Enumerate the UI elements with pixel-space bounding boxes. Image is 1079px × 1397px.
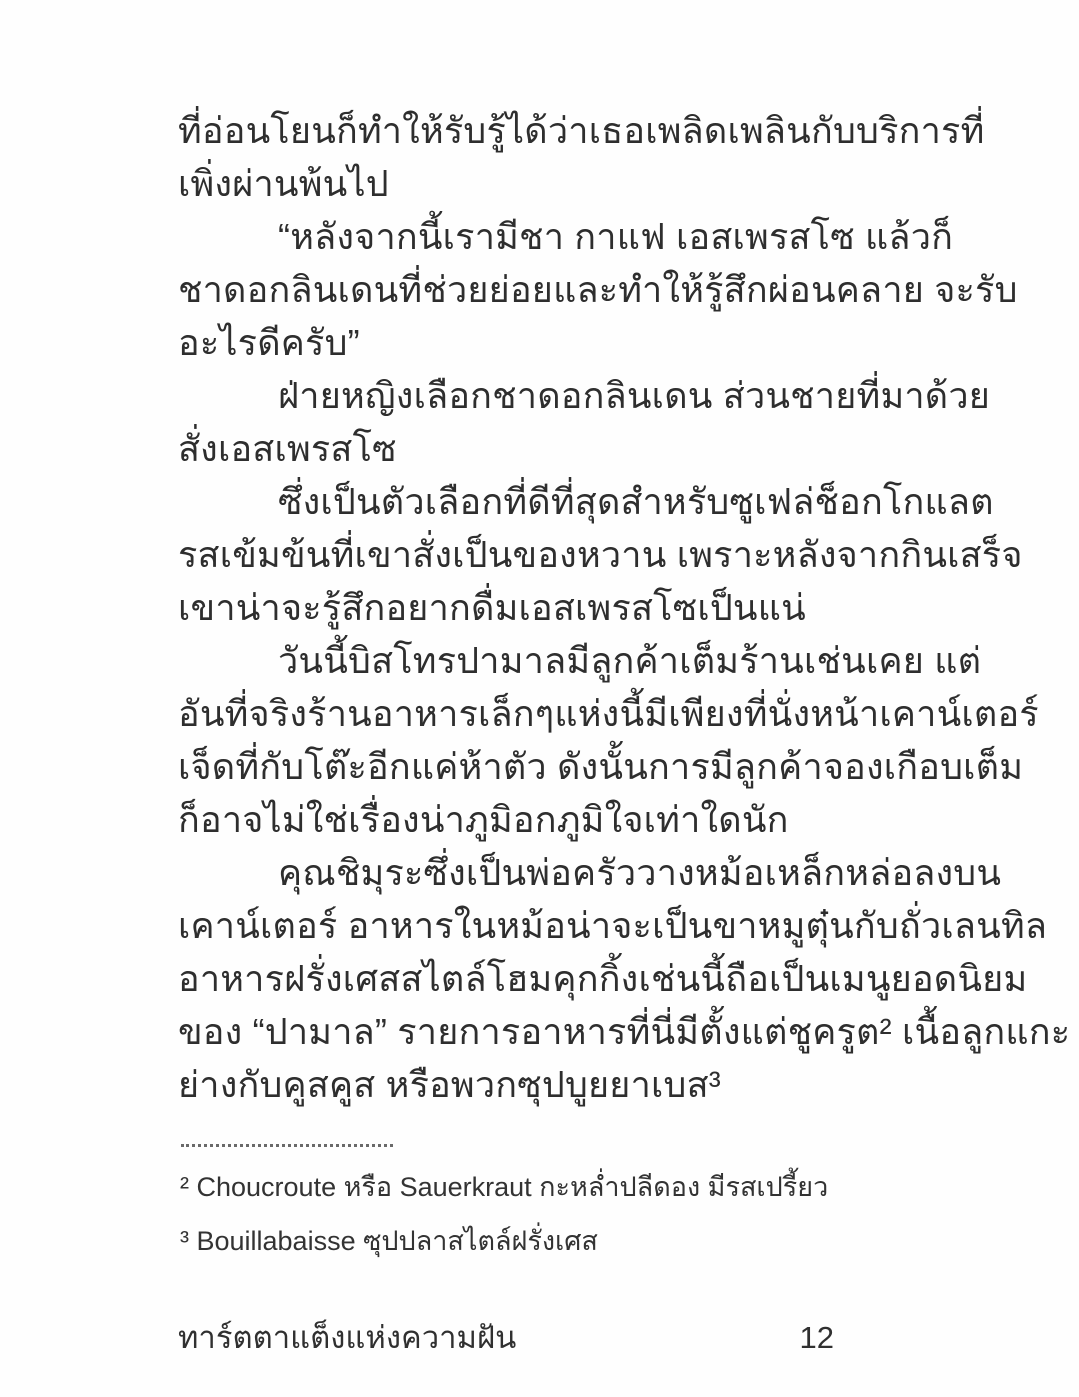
text-line: ชาดอกลินเดนที่ช่วยย่อยและทำให้รู้สึกผ่อน… (178, 263, 862, 316)
text-line: เขาน่าจะรู้สึกอยากดื่มเอสเพรสโซเป็นแน่ (178, 581, 862, 634)
text-line: คุณชิมุระซึ่งเป็นพ่อครัววางหม้อเหล็กหล่อ… (178, 846, 862, 899)
text-line: อันที่จริงร้านอาหารเล็กๆแห่งนี้มีเพียงที… (178, 687, 862, 740)
text-line: ย่างกับคูสคูส หรือพวกซุปบูยยาเบส³ (178, 1058, 862, 1111)
book-page: ที่อ่อนโยนก็ทำให้รับรู้ได้ว่าเธอเพลิดเพล… (0, 0, 1079, 1397)
text-line: อาหารฝรั่งเศสสไตล์โฮมคุกกิ้งเช่นนี้ถือเป… (178, 952, 862, 1005)
text-line: เจ็ดที่กับโต๊ะอีกแค่ห้าตัว ดังนั้นการมีล… (178, 740, 862, 793)
text-line: เพิ่งผ่านพ้นไป (178, 157, 862, 210)
text-line: ของ “ปามาล” รายการอาหารที่นี่มีตั้งแต่ชู… (178, 1005, 862, 1058)
footer-book-title: ทาร์ตตาแต็งแห่งความฝัน (178, 1312, 516, 1362)
text-line: ก็อาจไม่ใช่เรื่องน่าภูมิอกภูมิใจเท่าใดนั… (178, 793, 862, 846)
text-line: อะไรดีครับ” (178, 316, 862, 369)
text-line: ซึ่งเป็นตัวเลือกที่ดีที่สุดสำหรับซูเฟล่ช… (178, 475, 862, 528)
footer-page-number: 12 (800, 1320, 834, 1356)
text-line: สั่งเอสเพรสโซ (178, 422, 862, 475)
footnote: ² Choucroute หรือ Sauerkraut กะหล่ำปลีดอ… (180, 1160, 860, 1214)
text-line: รสเข้มข้นที่เขาสั่งเป็นของหวาน เพราะหลัง… (178, 528, 862, 581)
text-line: “หลังจากนี้เรามีชา กาแฟ เอสเพรสโซ แล้วก็ (178, 210, 862, 263)
text-line: เคาน์เตอร์ อาหารในหม้อน่าจะเป็นขาหมูตุ๋น… (178, 899, 862, 952)
text-line: ที่อ่อนโยนก็ทำให้รับรู้ได้ว่าเธอเพลิดเพล… (178, 104, 862, 157)
footnote: ³ Bouillabaisse ซุปปลาสไตล์ฝรั่งเศส (180, 1214, 860, 1268)
text-line: ฝ่ายหญิงเลือกชาดอกลินเดน ส่วนชายที่มาด้ว… (178, 369, 862, 422)
footnotes-block: ² Choucroute หรือ Sauerkraut กะหล่ำปลีดอ… (180, 1160, 860, 1268)
text-line: วันนี้บิสโทรปามาลมีลูกค้าเต็มร้านเช่นเคย… (178, 634, 862, 687)
footnote-separator (181, 1144, 393, 1147)
body-text-block: ที่อ่อนโยนก็ทำให้รับรู้ได้ว่าเธอเพลิดเพล… (178, 104, 862, 1111)
page-footer: ทาร์ตตาแต็งแห่งความฝัน 12 (178, 1312, 834, 1362)
